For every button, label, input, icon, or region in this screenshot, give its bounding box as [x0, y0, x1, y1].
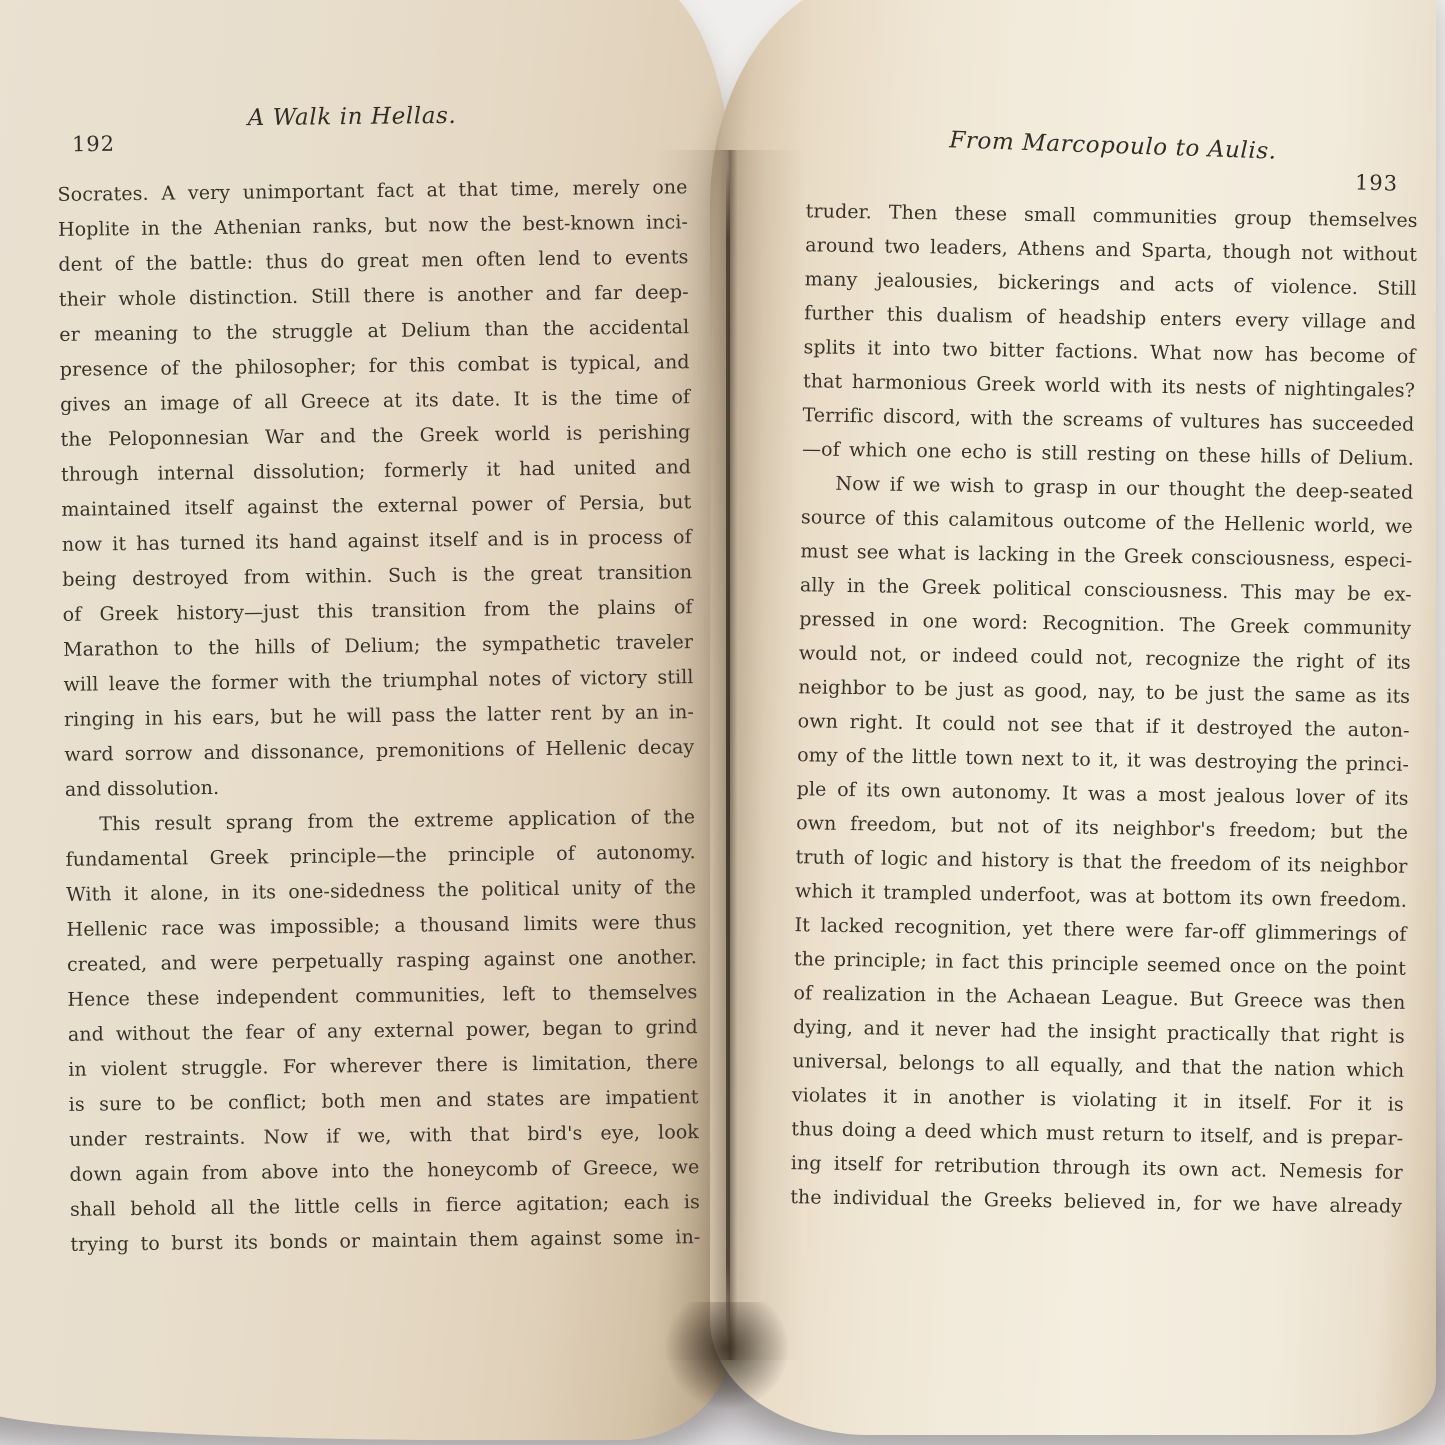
left-page-number: 192 — [72, 132, 115, 156]
right-page-number: 193 — [1355, 170, 1399, 195]
left-page: 192 A Walk in Hellas. Socrates.Averyunim… — [0, 0, 732, 1440]
photo-background: 192 A Walk in Hellas. Socrates.Averyunim… — [0, 0, 1445, 1445]
right-page: From Marcopoulo to Aulis. 193 truder.The… — [710, 0, 1436, 1435]
left-running-header: A Walk in Hellas. — [0, 100, 732, 134]
right-running-header: From Marcopoulo to Aulis. — [750, 120, 1445, 171]
right-page-body: truder.Thenthesesmallcommunitiesgroupthe… — [790, 194, 1418, 1223]
left-page-body: Socrates.Averyunimportantfactatthattime,… — [57, 170, 700, 1263]
